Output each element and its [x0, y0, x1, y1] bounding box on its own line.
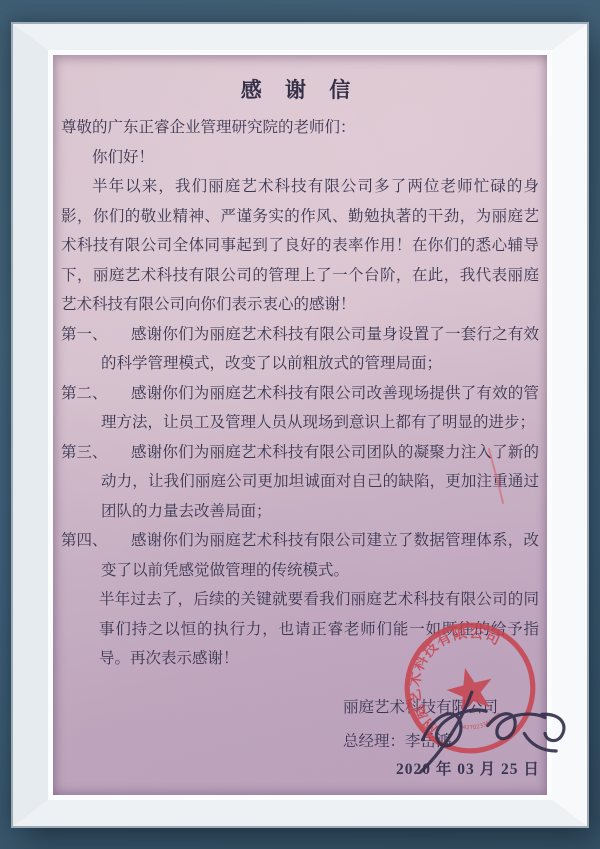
item-label: 第三、 [61, 438, 108, 468]
intro-paragraph: 半年以来，我们丽庭艺术科技有限公司多了两位老师忙碌的身影，你们的敬业精神、严谨务… [61, 172, 539, 320]
list-item: 第三、 感谢你们为丽庭艺术科技有限公司团队的凝聚力注入了新的动力，让我们丽庭公司… [61, 438, 539, 527]
item-label: 第二、 [61, 379, 108, 409]
item-text: 感谢你们为丽庭艺术科技有限公司建立了数据管理体系，改变了以前凭感觉做管理的传统模… [101, 532, 539, 579]
item-label: 第一、 [61, 320, 108, 350]
list-item: 第一、 感谢你们为丽庭艺术科技有限公司量身设置了一套行之有效的科学管理模式，改变… [61, 320, 539, 379]
salutation: 尊敬的广东正睿企业管理研究院的老师们： [61, 113, 539, 143]
framed-letter-photo: 感 谢 信 尊敬的广东正睿企业管理研究院的老师们： 你们好！ 半年以来，我们丽庭… [0, 0, 600, 849]
item-text: 感谢你们为丽庭艺术科技有限公司团队的凝聚力注入了新的动力，让我们丽庭公司更加坦诚… [101, 444, 539, 520]
letter-title: 感 谢 信 [61, 75, 539, 105]
list-item: 第四、 感谢你们为丽庭艺术科技有限公司建立了数据管理体系，改变了以前凭感觉做管理… [61, 526, 539, 585]
frame-inner-lip: 感 谢 信 尊敬的广东正睿企业管理研究院的老师们： 你们好！ 半年以来，我们丽庭… [48, 50, 552, 800]
handwritten-signature [405, 677, 580, 782]
letter-paper: 感 谢 信 尊敬的广东正睿企业管理研究院的老师们： 你们好！ 半年以来，我们丽庭… [53, 55, 547, 795]
item-text: 感谢你们为丽庭艺术科技有限公司改善现场提供了有效的管理方法，让员工及管理人员从现… [101, 385, 539, 432]
red-pen-mark [483, 445, 509, 507]
greeting: 你们好！ [61, 143, 539, 173]
item-text: 感谢你们为丽庭艺术科技有限公司量身设置了一套行之有效的科学管理模式，改变了以前粗… [101, 326, 539, 373]
picture-frame: 感 谢 信 尊敬的广东正睿企业管理研究院的老师们： 你们好！ 半年以来，我们丽庭… [13, 24, 587, 826]
list-item: 第二、 感谢你们为丽庭艺术科技有限公司改善现场提供了有效的管理方法，让员工及管理… [61, 379, 539, 438]
item-label: 第四、 [61, 526, 108, 556]
